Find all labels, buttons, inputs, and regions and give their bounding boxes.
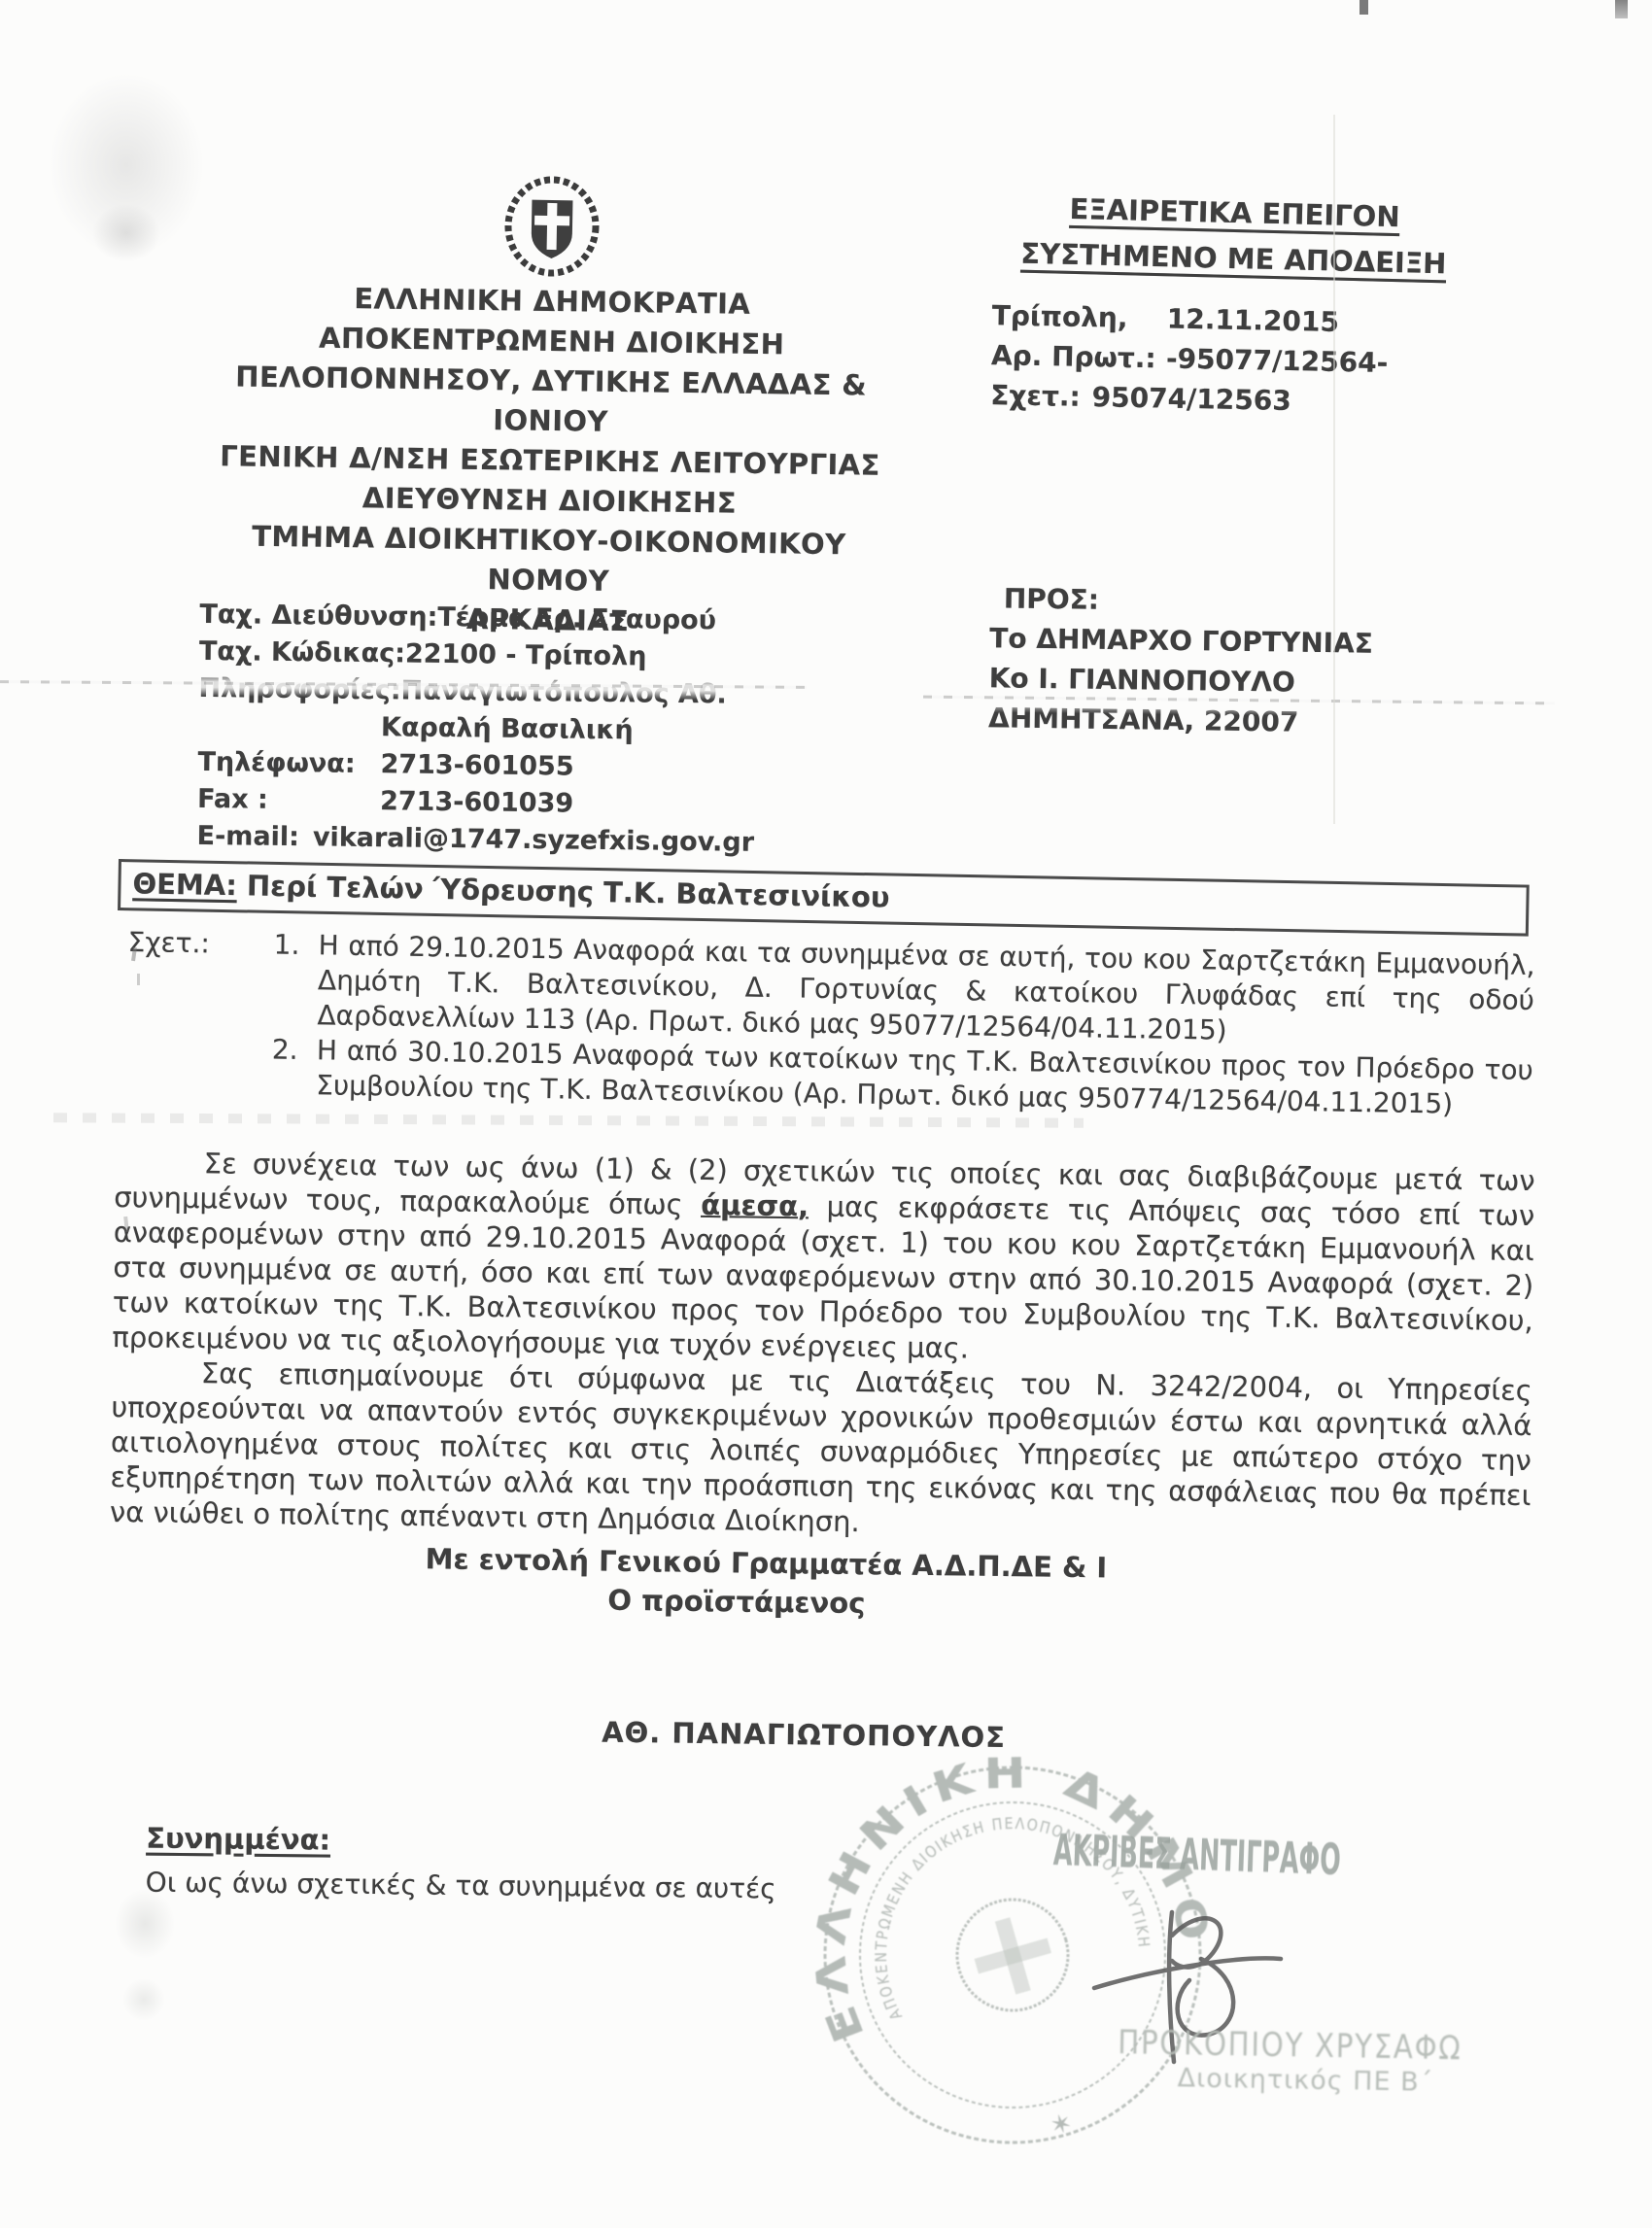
subject-text: Περί Τελών Ύδρευσης Τ.Κ. Βαλτεσινίκου [247,869,890,913]
letterhead-contact-info: Ταχ. Διεύθυνση:Τέρμα Ερ. Σταυρού Ταχ. Κώ… [196,597,860,863]
protocol-number: -95077/12564- [1166,343,1389,379]
scan-smudge [122,1978,165,2021]
references-section: Σχετ.: 1. Η από 29.10.2015 Αναφορά και τ… [125,925,1535,1123]
body-paragraph-2: Σας επισημαίνουμε ότι σύμφωνα με τις Δια… [110,1354,1532,1548]
officer-name: ΠΡΟΚΟΠΙΟΥ ΧΡΥΣΑΦΩ [1118,2023,1486,2069]
recipient-line: Το ΔΗΜΑΡΧΟ ΓΟΡΤΥΝΙΑΣ [989,618,1373,664]
urgency-labels: ΕΞΑΙΡΕΤΙΚΑ ΕΠΕΙΓΟΝ ΣΥΣΤΗΜΕΝΟ ΜΕ ΑΠΟΔΕΙΞΗ [1005,185,1463,287]
protocol-date: 12.11.2015 [1166,303,1339,338]
officer-name-stamp: ΠΡΟΚΟΠΙΟΥ ΧΡΥΣΑΦΩ Διοικητικός ΠΕ Β΄ [1117,2023,1545,2100]
urgent-label: ΕΞΑΙΡΕΤΙΚΑ ΕΠΕΙΓΟΝ [1069,192,1400,233]
protocol-ref-row: Σχετ.:95074/12563 [990,375,1388,423]
officer-title: Διοικητικός ΠΕ Β΄ [1177,2063,1544,2100]
protocol-block: Τρίπολη,12.11.2015 Αρ. Πρωτ.:-95077/1256… [990,295,1390,423]
scan-smudge [49,73,204,257]
protocol-ref: 95074/12563 [1091,381,1291,417]
recipient-line: Κο Ι. ΓΙΑΝΝΟΠΟΥΛΟ [988,658,1372,703]
scan-streak [53,1113,1084,1128]
body-paragraph-1: Σε συνέχεια των ως άνω (1) & (2) σχετικώ… [112,1145,1535,1373]
scan-mark [1359,0,1368,15]
scan-mark [1615,0,1628,18]
recipient-block: ΠΡΟΣ: Το ΔΗΜΑΡΧΟ ΓΟΡΤΥΝΙΑΣ Κο Ι. ΓΙΑΝΝΟΠ… [988,578,1374,742]
contact-row-email: E-mail:vikarali@1747.syzefxis.gov.gr [196,818,857,863]
attachments-label: Συνημμένα: [146,1822,776,1862]
reference-item-1: 1. Η από 29.10.2015 Αναφορά και τα συνημ… [272,927,1535,1053]
emphasis-immediately: άμεσα, [701,1188,809,1222]
subject-box: ΘΕΜΑ:Περί Τελών Ύδρευσης Τ.Κ. Βαλτεσινίκ… [118,859,1530,937]
scan-smudge [92,204,160,262]
to-label: ΠΡΟΣ: [1004,578,1374,623]
subject-label: ΘΕΜΑ: [132,867,237,902]
seal-star-icon: ✶ [1048,2108,1076,2142]
registered-mail-label: ΣΥΣΤΗΜΕΝΟ ΜΕ ΑΠΟΔΕΙΞΗ [1020,237,1447,281]
signer-name: ΑΘ. ΠΑΝΑΓΙΩΤΟΠΟΥΛΟΣ [93,1708,1514,1762]
org-line: ΤΜΗΜΑ ΔΙΟΙΚΗΤΙΚΟΥ-ΟΙΚΟΝΟΜΙΚΟΥ ΝΟΜΟΥ [195,516,902,605]
scanned-letter-page: ΕΛΛΗΝΙΚΗ ΔΗΜΟΚΡΑΤΙΑ ΑΠΟΚΕΝΤΡΩΜΕΝΗ ΔΙΟΙΚΗ… [0,0,1652,2228]
letterhead-organization: ΕΛΛΗΝΙΚΗ ΔΗΜΟΚΡΑΤΙΑ ΑΠΟΚΕΝΤΡΩΜΕΝΗ ΔΙΟΙΚΗ… [194,277,905,645]
greek-coat-of-arms-icon [502,174,602,279]
attachments-text: Οι ως άνω σχετικές & τα συνημμένα σε αυτ… [146,1867,776,1905]
recipient-line: ΔΗΜΗΤΣΑΝΑ, 22007 [988,698,1372,743]
attachments-section: Συνημμένα: Οι ως άνω σχετικές & τα συνημ… [146,1822,777,1905]
references-label: Σχετ.: [125,925,274,1102]
scan-smudge [115,1889,175,1959]
letter-body: Σε συνέχεια των ως άνω (1) & (2) σχετικώ… [107,1145,1535,1762]
